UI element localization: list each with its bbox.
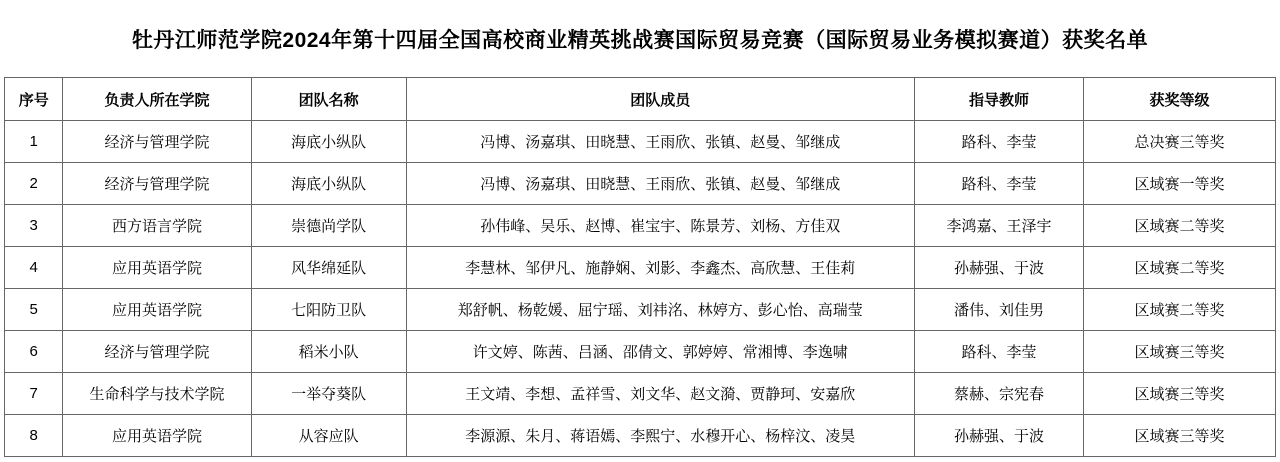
cell-members: 李慧林、邹伊凡、施静娴、刘影、李鑫杰、高欣慧、王佳莉 bbox=[406, 247, 914, 289]
cell-no: 8 bbox=[5, 415, 63, 457]
table-header: 序号 负责人所在学院 团队名称 团队成员 指导教师 获奖等级 bbox=[5, 78, 1276, 121]
cell-no: 1 bbox=[5, 121, 63, 163]
cell-team: 一举夺葵队 bbox=[251, 373, 406, 415]
table-row: 8 应用英语学院 从容应队 李源源、朱月、蒋语嫣、李熙宁、水穆开心、杨梓汶、凌昊… bbox=[5, 415, 1276, 457]
title-bar: 牡丹江师范学院2024年第十四届全国高校商业精英挑战赛国际贸易竞赛（国际贸易业务… bbox=[0, 0, 1280, 77]
cell-team: 稻米小队 bbox=[251, 331, 406, 373]
cell-advisors: 孙赫强、于波 bbox=[915, 415, 1084, 457]
cell-college: 经济与管理学院 bbox=[63, 331, 251, 373]
table-row: 7 生命科学与技术学院 一举夺葵队 王文靖、李想、孟祥雪、刘文华、赵文漪、贾静珂… bbox=[5, 373, 1276, 415]
cell-members: 冯博、汤嘉琪、田晓慧、王雨欣、张镇、赵曼、邹继成 bbox=[406, 163, 914, 205]
cell-no: 6 bbox=[5, 331, 63, 373]
header-team: 团队名称 bbox=[251, 78, 406, 121]
cell-award: 区域赛三等奖 bbox=[1084, 373, 1276, 415]
cell-award: 区域赛二等奖 bbox=[1084, 205, 1276, 247]
cell-members: 王文靖、李想、孟祥雪、刘文华、赵文漪、贾静珂、安嘉欣 bbox=[406, 373, 914, 415]
cell-advisors: 潘伟、刘佳男 bbox=[915, 289, 1084, 331]
table-row: 6 经济与管理学院 稻米小队 许文婷、陈茜、吕涵、邵倩文、郭婷婷、常湘博、李逸啸… bbox=[5, 331, 1276, 373]
header-no: 序号 bbox=[5, 78, 63, 121]
award-table: 序号 负责人所在学院 团队名称 团队成员 指导教师 获奖等级 1 经济与管理学院… bbox=[4, 77, 1276, 457]
cell-college: 西方语言学院 bbox=[63, 205, 251, 247]
table-row: 5 应用英语学院 七阳防卫队 郑舒帆、杨乾媛、屈宁瑶、刘祎洺、林婷方、彭心怡、高… bbox=[5, 289, 1276, 331]
cell-members: 孙伟峰、吴乐、赵博、崔宝宇、陈景芳、刘杨、方佳双 bbox=[406, 205, 914, 247]
table-row: 4 应用英语学院 风华绵延队 李慧林、邹伊凡、施静娴、刘影、李鑫杰、高欣慧、王佳… bbox=[5, 247, 1276, 289]
cell-advisors: 蔡赫、宗宪春 bbox=[915, 373, 1084, 415]
cell-award: 区域赛三等奖 bbox=[1084, 331, 1276, 373]
header-advisors: 指导教师 bbox=[915, 78, 1084, 121]
cell-college: 应用英语学院 bbox=[63, 289, 251, 331]
cell-advisors: 路科、李莹 bbox=[915, 163, 1084, 205]
cell-members: 冯博、汤嘉琪、田晓慧、王雨欣、张镇、赵曼、邹继成 bbox=[406, 121, 914, 163]
cell-no: 2 bbox=[5, 163, 63, 205]
cell-advisors: 路科、李莹 bbox=[915, 121, 1084, 163]
cell-members: 郑舒帆、杨乾媛、屈宁瑶、刘祎洺、林婷方、彭心怡、高瑞莹 bbox=[406, 289, 914, 331]
cell-team: 风华绵延队 bbox=[251, 247, 406, 289]
header-row: 序号 负责人所在学院 团队名称 团队成员 指导教师 获奖等级 bbox=[5, 78, 1276, 121]
table-row: 2 经济与管理学院 海底小纵队 冯博、汤嘉琪、田晓慧、王雨欣、张镇、赵曼、邹继成… bbox=[5, 163, 1276, 205]
cell-college: 应用英语学院 bbox=[63, 247, 251, 289]
table-row: 3 西方语言学院 崇德尚学队 孙伟峰、吴乐、赵博、崔宝宇、陈景芳、刘杨、方佳双 … bbox=[5, 205, 1276, 247]
cell-college: 经济与管理学院 bbox=[63, 121, 251, 163]
cell-team: 从容应队 bbox=[251, 415, 406, 457]
cell-no: 7 bbox=[5, 373, 63, 415]
cell-advisors: 孙赫强、于波 bbox=[915, 247, 1084, 289]
cell-no: 3 bbox=[5, 205, 63, 247]
cell-no: 4 bbox=[5, 247, 63, 289]
header-college: 负责人所在学院 bbox=[63, 78, 251, 121]
cell-award: 区域赛三等奖 bbox=[1084, 415, 1276, 457]
cell-team: 海底小纵队 bbox=[251, 163, 406, 205]
cell-advisors: 路科、李莹 bbox=[915, 331, 1084, 373]
cell-members: 许文婷、陈茜、吕涵、邵倩文、郭婷婷、常湘博、李逸啸 bbox=[406, 331, 914, 373]
header-members: 团队成员 bbox=[406, 78, 914, 121]
cell-advisors: 李鸿嘉、王泽宇 bbox=[915, 205, 1084, 247]
table-row: 1 经济与管理学院 海底小纵队 冯博、汤嘉琪、田晓慧、王雨欣、张镇、赵曼、邹继成… bbox=[5, 121, 1276, 163]
cell-college: 生命科学与技术学院 bbox=[63, 373, 251, 415]
cell-team: 崇德尚学队 bbox=[251, 205, 406, 247]
cell-award: 总决赛三等奖 bbox=[1084, 121, 1276, 163]
cell-members: 李源源、朱月、蒋语嫣、李熙宁、水穆开心、杨梓汶、凌昊 bbox=[406, 415, 914, 457]
cell-team: 海底小纵队 bbox=[251, 121, 406, 163]
cell-award: 区域赛二等奖 bbox=[1084, 247, 1276, 289]
award-list-page: 牡丹江师范学院2024年第十四届全国高校商业精英挑战赛国际贸易竞赛（国际贸易业务… bbox=[0, 0, 1280, 462]
cell-college: 经济与管理学院 bbox=[63, 163, 251, 205]
cell-award: 区域赛一等奖 bbox=[1084, 163, 1276, 205]
page-title: 牡丹江师范学院2024年第十四届全国高校商业精英挑战赛国际贸易竞赛（国际贸易业务… bbox=[132, 24, 1148, 54]
cell-award: 区域赛二等奖 bbox=[1084, 289, 1276, 331]
cell-college: 应用英语学院 bbox=[63, 415, 251, 457]
cell-team: 七阳防卫队 bbox=[251, 289, 406, 331]
cell-no: 5 bbox=[5, 289, 63, 331]
table-body: 1 经济与管理学院 海底小纵队 冯博、汤嘉琪、田晓慧、王雨欣、张镇、赵曼、邹继成… bbox=[5, 121, 1276, 457]
header-award: 获奖等级 bbox=[1084, 78, 1276, 121]
